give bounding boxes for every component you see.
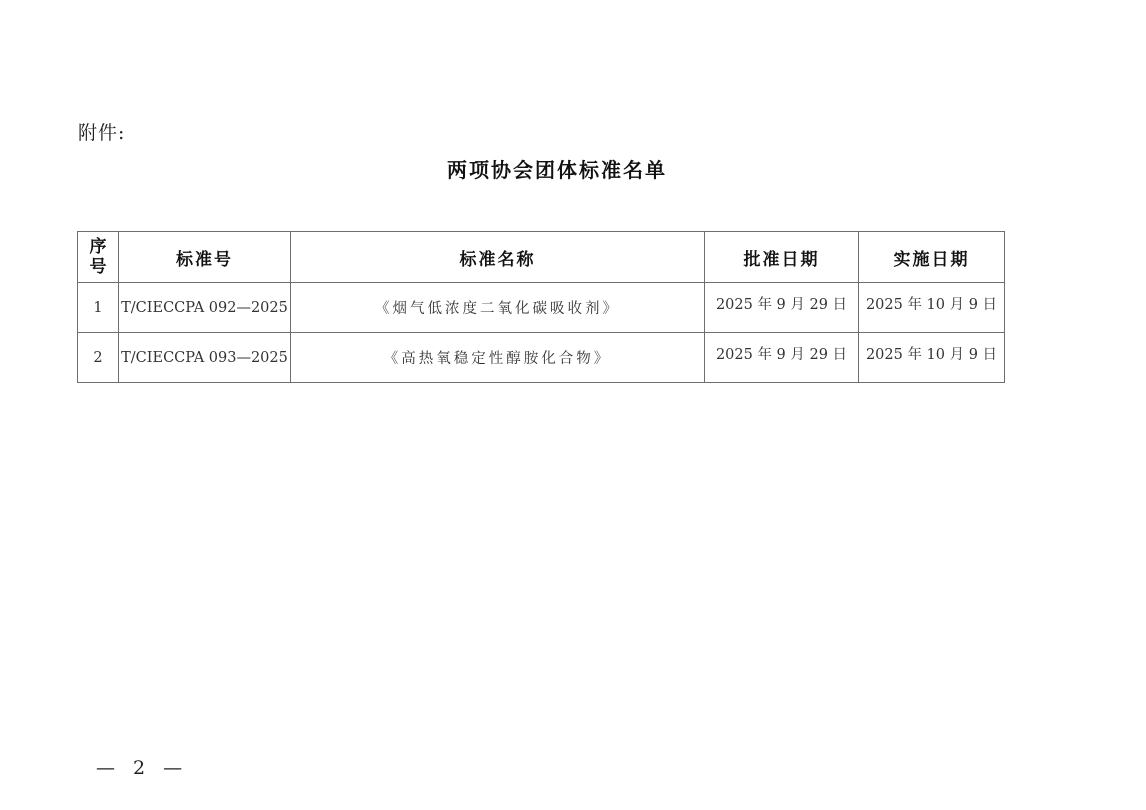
document-title: 两项协会团体标准名单 <box>0 154 1114 183</box>
cell-approval-date: 2025 年 9 月 29 日 <box>705 283 859 333</box>
page-number: — 2 — <box>96 757 188 779</box>
standards-table: 序号 标准号 标准名称 批准日期 实施日期 1 T/CIECCPA 092—20… <box>77 231 1005 383</box>
header-seq-label: 序号 <box>88 237 108 277</box>
cell-standard-code: T/CIECCPA 092—2025 <box>119 283 291 333</box>
header-seq: 序号 <box>78 232 119 283</box>
table-row: 1 T/CIECCPA 092—2025 《烟气低浓度二氧化碳吸收剂》 2025… <box>78 283 1005 333</box>
cell-standard-code: T/CIECCPA 093—2025 <box>119 333 291 383</box>
cell-implementation-date: 2025 年 10 月 9 日 <box>859 333 1005 383</box>
header-code: 标准号 <box>119 232 291 283</box>
header-approval-date: 批准日期 <box>705 232 859 283</box>
cell-standard-name: 《烟气低浓度二氧化碳吸收剂》 <box>291 283 705 333</box>
header-implementation-date: 实施日期 <box>859 232 1005 283</box>
cell-seq: 1 <box>78 283 119 333</box>
cell-implementation-date: 2025 年 10 月 9 日 <box>859 283 1005 333</box>
cell-approval-date: 2025 年 9 月 29 日 <box>705 333 859 383</box>
table-header-row: 序号 标准号 标准名称 批准日期 实施日期 <box>78 232 1005 283</box>
cell-seq: 2 <box>78 333 119 383</box>
header-name: 标准名称 <box>291 232 705 283</box>
table-row: 2 T/CIECCPA 093—2025 《高热氧稳定性醇胺化合物》 2025 … <box>78 333 1005 383</box>
attachment-label: 附件: <box>78 118 125 145</box>
cell-standard-name: 《高热氧稳定性醇胺化合物》 <box>291 333 705 383</box>
